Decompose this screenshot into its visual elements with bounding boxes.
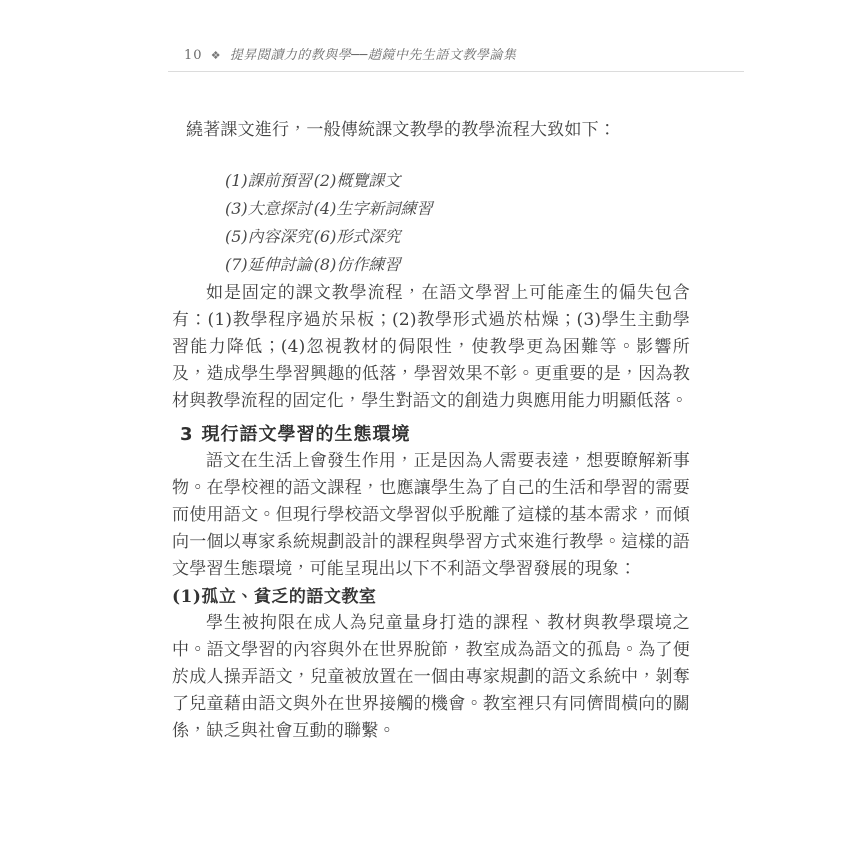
subsection-heading: (1)孤立、貧乏的語文教室 [172,585,690,610]
teaching-flow-list: (1)課前預習 (2)概覽課文 (3)大意探討 (4)生字新詞練習 (5)內容深… [225,167,690,279]
text-column: 繞著課文進行，一般傳統課文教學的教學流程大致如下： (1)課前預習 (2)概覽課… [172,117,690,745]
section-heading: 3現行語文學習的生態環境 [180,424,690,446]
paragraph-drawbacks: 如是固定的課文教學流程，在語文學習上可能產生的偏失包含有：(1)教學程序過於呆板… [172,280,690,415]
paragraph-isolated-classroom: 學生被拘限在成人為兒童量身打造的課程、教材與教學環境之中。語文學習的內容與外在世… [172,610,690,745]
page-number: 10 [184,48,203,63]
list-item: (1)課前預習 (2)概覽課文 [225,167,690,195]
flow-step: (7)延伸討論 [225,251,312,279]
flow-step: (5)內容深究 [225,223,312,251]
diamond-ornament-icon: ❖ [211,49,221,62]
paragraph-ecology: 語文在生活上會發生作用，正是因為人需要表達，想要瞭解新事物。在學校裡的語文課程，… [172,448,690,583]
running-header: 10 ❖ 提昇閱讀力的教與學──趙鏡中先生語文教學論集 [168,46,744,72]
list-item: (7)延伸討論 (8)仿作練習 [225,251,690,279]
flow-step: (1)課前預習 [225,167,312,195]
flow-step: (4)生字新詞練習 [314,195,433,223]
flow-step: (8)仿作練習 [314,251,401,279]
flow-step: (2)概覽課文 [314,167,401,195]
flow-step: (3)大意探討 [225,195,312,223]
book-page: 10 ❖ 提昇閱讀力的教與學──趙鏡中先生語文教學論集 繞著課文進行，一般傳統課… [0,0,850,850]
flow-step: (6)形式深究 [314,223,401,251]
paragraph-intro: 繞著課文進行，一般傳統課文教學的教學流程大致如下： [172,117,690,144]
section-number: 3 [180,424,193,445]
section-title: 現行語文學習的生態環境 [202,424,411,445]
list-item: (5)內容深究 (6)形式深究 [225,223,690,251]
book-title: 提昇閱讀力的教與學──趙鏡中先生語文教學論集 [230,48,517,63]
list-item: (3)大意探討 (4)生字新詞練習 [225,195,690,223]
